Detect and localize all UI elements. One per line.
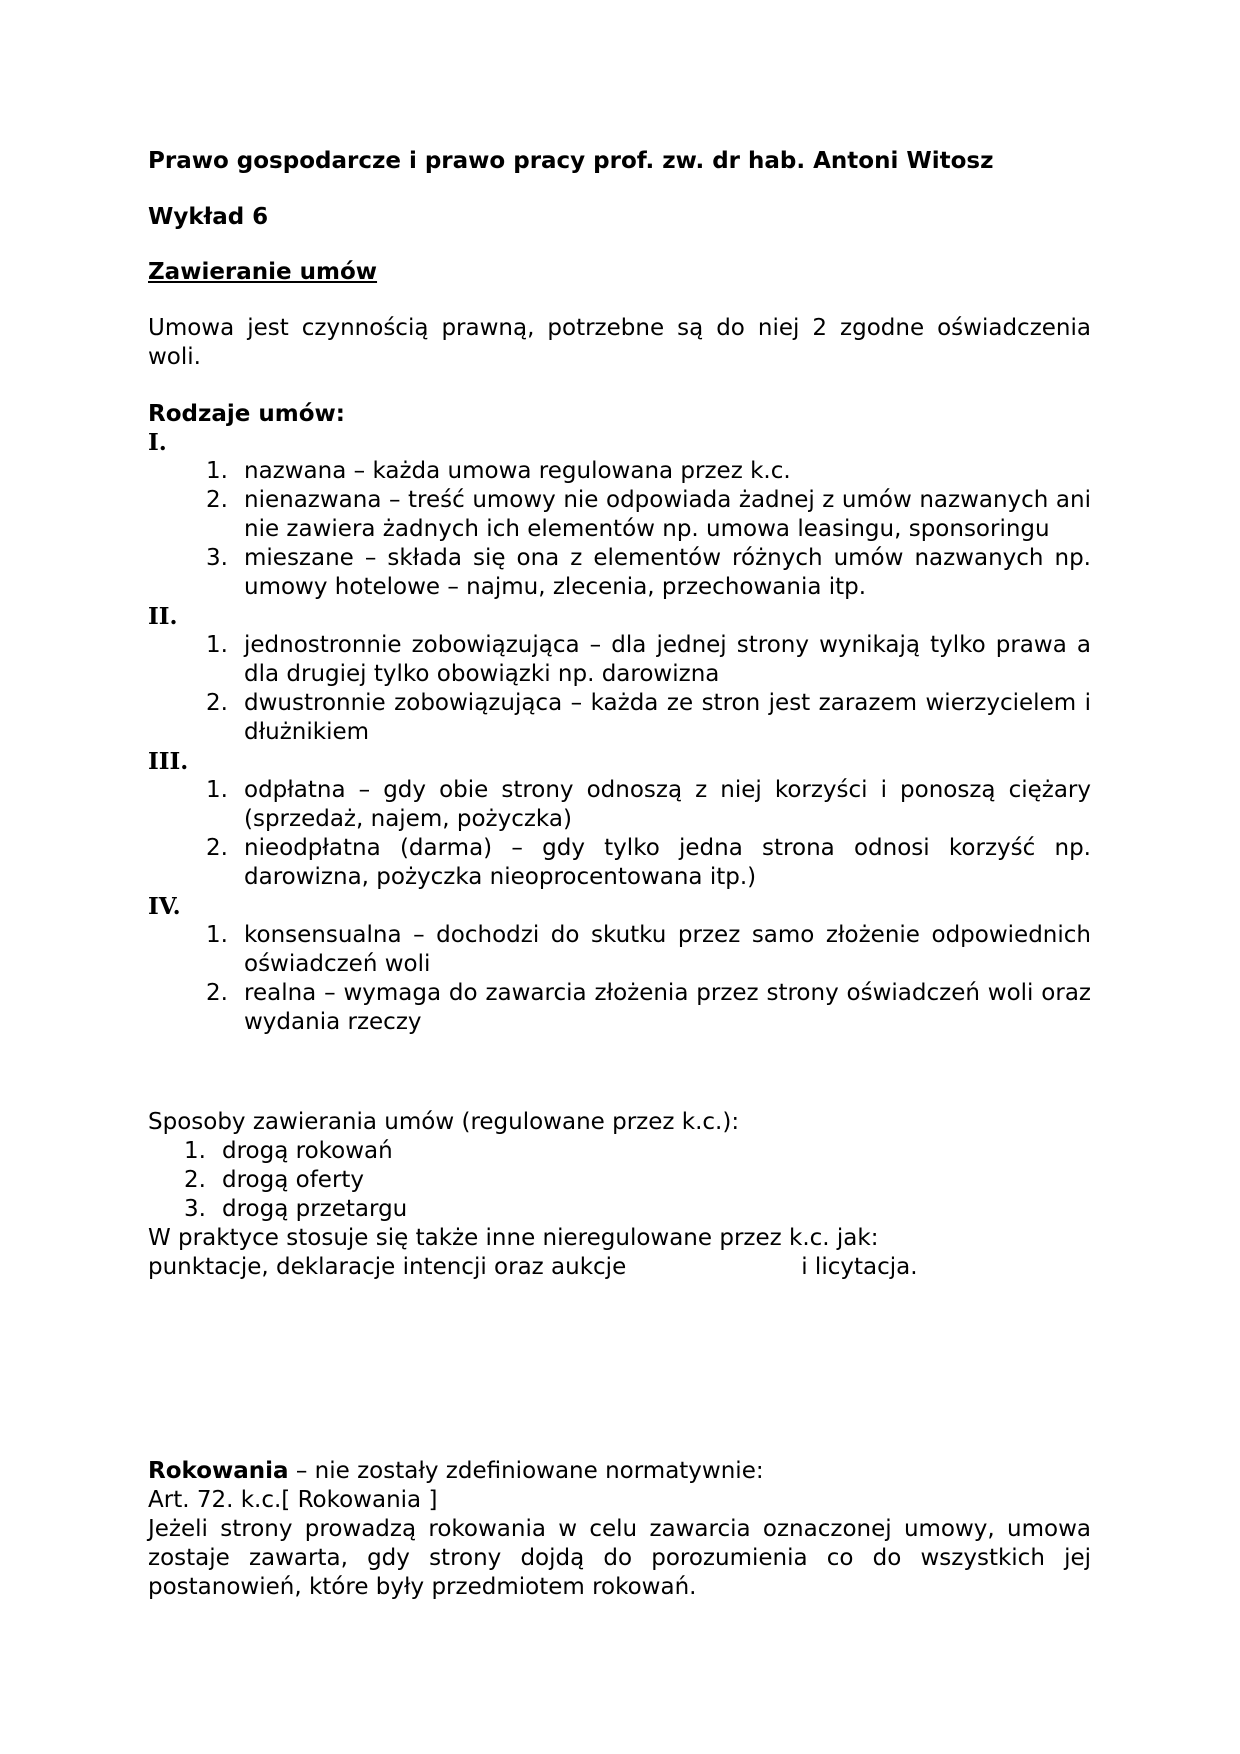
article-reference: Art. 72. k.c.[ Rokowania ] <box>148 1486 1091 1515</box>
methods-list: 1.drogą rokowań2.drogą oferty3.drogą prz… <box>148 1137 1091 1224</box>
rokowania-description: – nie zostały zdefiniowane normatywnie: <box>289 1458 764 1484</box>
group-numeral: III. <box>148 747 1091 776</box>
group-numeral: IV. <box>148 892 1091 921</box>
group-list: 1.nazwana – każda umowa regulowana przez… <box>148 457 1091 602</box>
list-item: 2.dwustronnie zobowiązująca – każda ze s… <box>148 689 1091 747</box>
list-item: 1.konsensualna – dochodzi do skutku prze… <box>148 921 1091 979</box>
rokowania-definition: Rokowania – nie zostały zdefiniowane nor… <box>148 1457 1091 1486</box>
item-text: odpłatna – gdy obie strony odnoszą z nie… <box>244 777 1091 832</box>
method-item: 1.drogą rokowań <box>148 1137 1091 1166</box>
list-item: 3.mieszane – składa się ona z elementów … <box>148 544 1091 602</box>
practice-line-2-start: punktacje, deklaracje intencji oraz aukc… <box>148 1254 626 1280</box>
method-number: 2. <box>184 1166 206 1195</box>
item-text: mieszane – składa się ona z elementów ró… <box>244 545 1091 600</box>
list-item: 1.nazwana – każda umowa regulowana przez… <box>148 457 1091 486</box>
group-list: 1.jednostronnie zobowiązująca – dla jedn… <box>148 631 1091 747</box>
item-text: dwustronnie zobowiązująca – każda ze str… <box>244 690 1091 745</box>
item-text: nieodpłatna (darma) – gdy tylko jedna st… <box>244 835 1091 890</box>
item-text: jednostronnie zobowiązująca – dla jednej… <box>244 632 1091 687</box>
group-numeral: II. <box>148 602 1091 631</box>
list-item: 2.realna – wymaga do zawarcia złożenia p… <box>148 979 1091 1037</box>
item-number: 1. <box>206 776 228 805</box>
types-heading: Rodzaje umów: <box>148 400 1091 429</box>
item-number: 2. <box>206 979 228 1008</box>
item-number: 3. <box>206 544 228 573</box>
item-number: 1. <box>206 921 228 950</box>
group-list: 1.odpłatna – gdy obie strony odnoszą z n… <box>148 776 1091 892</box>
lecture-number: Wykład 6 <box>148 203 1091 232</box>
list-item: 1.jednostronnie zobowiązująca – dla jedn… <box>148 631 1091 689</box>
method-text: drogą przetargu <box>222 1196 407 1222</box>
item-text: realna – wymaga do zawarcia złożenia prz… <box>244 980 1091 1035</box>
method-text: drogą oferty <box>222 1167 364 1193</box>
contract-types: I.1.nazwana – każda umowa regulowana prz… <box>148 428 1091 1037</box>
article-text: Jeżeli strony prowadzą rokowania w celu … <box>148 1515 1091 1602</box>
list-item: 1.odpłatna – gdy obie strony odnoszą z n… <box>148 776 1091 834</box>
group-numeral: I. <box>148 428 1091 457</box>
methods-intro: Sposoby zawierania umów (regulowane prze… <box>148 1108 1091 1137</box>
document-title: Prawo gospodarcze i prawo pracy prof. zw… <box>148 147 1091 176</box>
item-text: konsensualna – dochodzi do skutku przez … <box>244 922 1091 977</box>
item-number: 2. <box>206 486 228 515</box>
intro-paragraph: Umowa jest czynnością prawną, potrzebne … <box>148 314 1091 372</box>
method-number: 1. <box>184 1137 206 1166</box>
item-text: nienazwana – treść umowy nie odpowiada ż… <box>244 487 1091 542</box>
practice-line-1: W praktyce stosuje się także inne niereg… <box>148 1224 1091 1253</box>
method-number: 3. <box>184 1195 206 1224</box>
method-text: drogą rokowań <box>222 1138 393 1164</box>
list-item: 2.nieodpłatna (darma) – gdy tylko jedna … <box>148 834 1091 892</box>
practice-line-2-end: i licytacja. <box>801 1254 917 1280</box>
item-number: 2. <box>206 834 228 863</box>
item-number: 1. <box>206 457 228 486</box>
list-item: 2.nienazwana – treść umowy nie odpowiada… <box>148 486 1091 544</box>
group-list: 1.konsensualna – dochodzi do skutku prze… <box>148 921 1091 1037</box>
method-item: 3.drogą przetargu <box>148 1195 1091 1224</box>
section-heading: Zawieranie umów <box>148 258 1091 287</box>
item-text: nazwana – każda umowa regulowana przez k… <box>244 458 791 484</box>
item-number: 2. <box>206 689 228 718</box>
rokowania-term: Rokowania <box>148 1458 289 1484</box>
method-item: 2.drogą oferty <box>148 1166 1091 1195</box>
practice-line-2: punktacje, deklaracje intencji oraz aukc… <box>148 1253 1091 1282</box>
item-number: 1. <box>206 631 228 660</box>
